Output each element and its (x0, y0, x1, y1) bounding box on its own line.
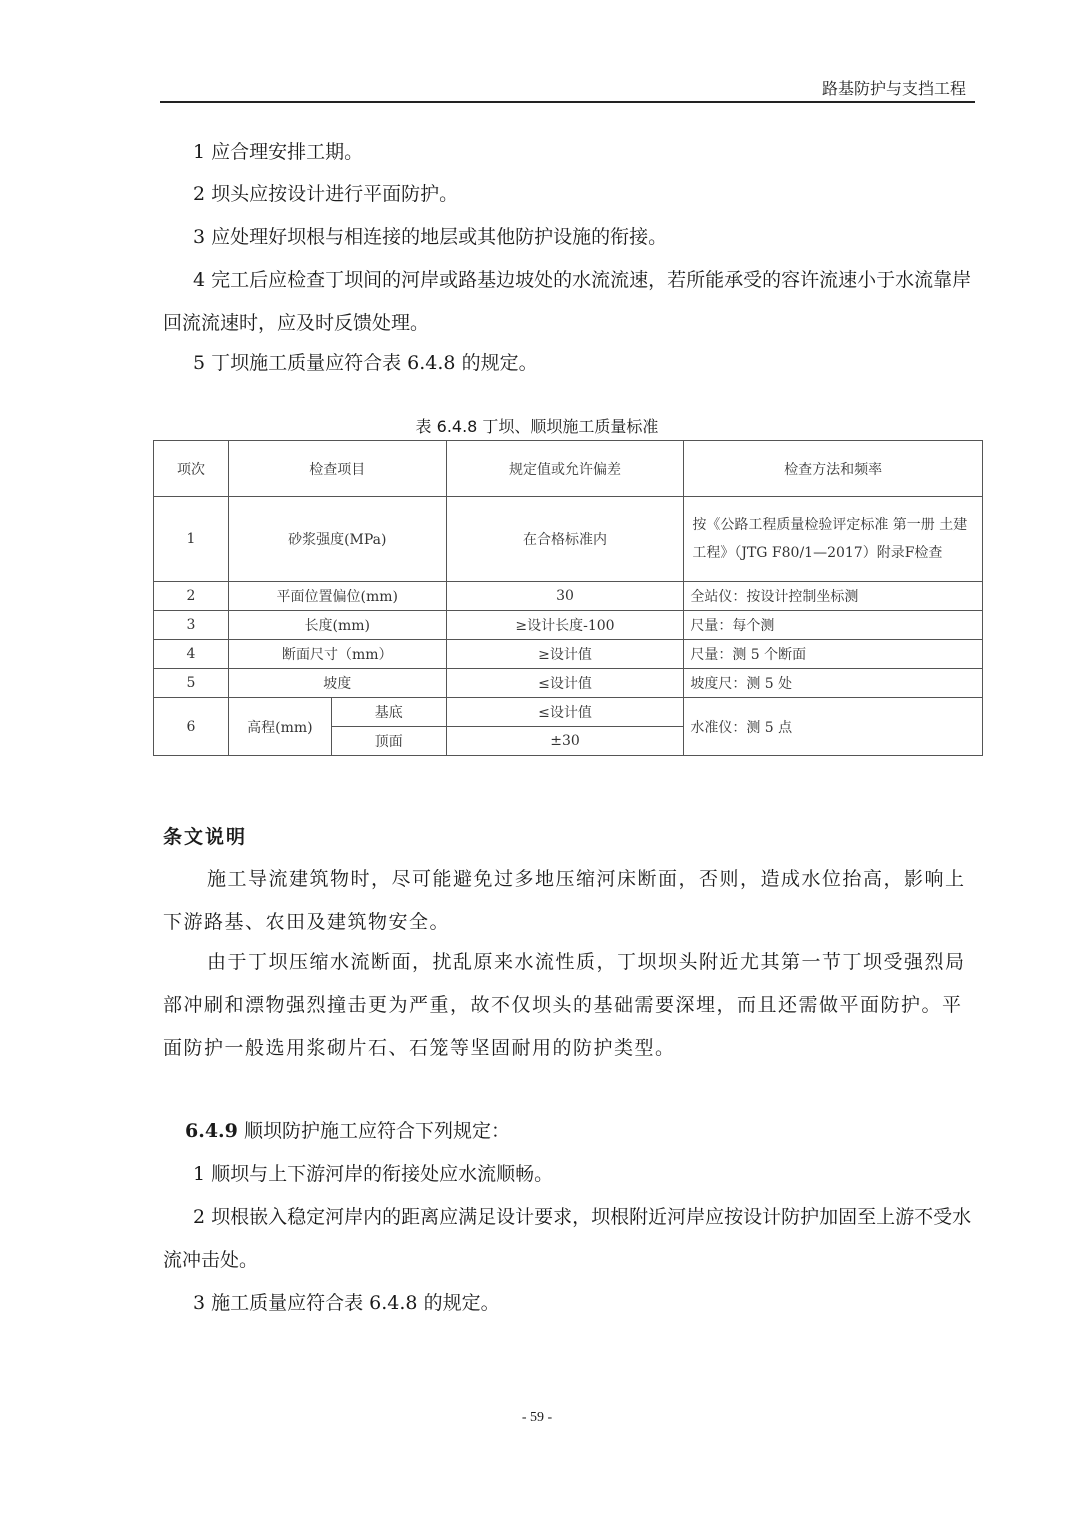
row-number: 5 (154, 669, 229, 698)
clause-text: 丁坝施工质量应符合表 6.4.8 的规定。 (211, 352, 537, 374)
clause-number: 1 (193, 1163, 205, 1185)
check-method: 尺量：每个测 (684, 611, 983, 640)
table-header-row: 项次 检查项目 规定值或允许偏差 检查方法和频率 (154, 441, 983, 497)
clause-number: 4 (193, 269, 205, 291)
allowed-value: 30 (446, 582, 684, 611)
table-row: 6 高程(mm) 基底 ≤设计值 水准仪：测 5 点 (154, 698, 983, 727)
check-method: 坡度尺：测 5 处 (684, 669, 983, 698)
check-method: 全站仪：按设计控制坐标测 (684, 582, 983, 611)
explanation-paragraph: 由于丁坝压缩水流断面，扰乱原来水流性质，丁坝坝头附近尤其第一节丁坝受强烈局部冲刷… (163, 941, 975, 1070)
allowed-value: 在合格标准内 (446, 497, 684, 582)
clause-number: 3 (193, 226, 205, 248)
clause-number: 2 (193, 1206, 205, 1228)
allowed-value: ≥设计长度-100 (446, 611, 684, 640)
row-number: 6 (154, 698, 229, 756)
clause-1: 1 顺坝与上下游河岸的衔接处应水流顺畅。 (163, 1153, 975, 1196)
clause-4: 4 完工后应检查丁坝间的河岸或路基边坡处的水流流速，若所能承受的容许流速小于水流… (163, 259, 975, 345)
table-row: 1 砂浆强度(MPa) 在合格标准内 按《公路工程质量检验评定标准 第一册 土建… (154, 497, 983, 582)
check-item: 长度(mm) (228, 611, 446, 640)
allowed-value: ≥设计值 (446, 640, 684, 669)
clause-number: 1 (193, 141, 205, 163)
row-number: 4 (154, 640, 229, 669)
clause-text: 完工后应检查丁坝间的河岸或路基边坡处的水流流速，若所能承受的容许流速小于水流靠岸… (163, 269, 971, 334)
table-caption: 表 6.4.8 丁坝、顺坝施工质量标准 (0, 414, 1074, 437)
running-header: 路基防护与支挡工程 (822, 76, 966, 99)
clause-text: 坝根嵌入稳定河岸内的距离应满足设计要求，坝根附近河岸应按设计防护加固至上游不受水… (163, 1206, 971, 1271)
table-row: 4 断面尺寸（mm） ≥设计值 尺量：测 5 个断面 (154, 640, 983, 669)
clause-number: 5 (193, 352, 205, 374)
header-cell: 项次 (154, 441, 229, 497)
clause-text: 顺坝与上下游河岸的衔接处应水流顺畅。 (211, 1163, 553, 1185)
clause-2: 2 坝根嵌入稳定河岸内的距离应满足设计要求，坝根附近河岸应按设计防护加固至上游不… (163, 1196, 975, 1282)
header-cell: 规定值或允许偏差 (446, 441, 684, 497)
clause-number: 2 (193, 183, 205, 205)
header-cell: 检查方法和频率 (684, 441, 983, 497)
table-row: 2 平面位置偏位(mm) 30 全站仪：按设计控制坐标测 (154, 582, 983, 611)
header-cell: 检查项目 (228, 441, 446, 497)
sub-item: 顶面 (331, 727, 446, 756)
table-row: 3 长度(mm) ≥设计长度-100 尺量：每个测 (154, 611, 983, 640)
check-method: 水准仪：测 5 点 (684, 698, 983, 756)
sub-item: 基底 (331, 698, 446, 727)
row-number: 2 (154, 582, 229, 611)
clause-5: 5 丁坝施工质量应符合表 6.4.8 的规定。 (163, 342, 975, 385)
explanation-paragraph: 施工导流建筑物时，尽可能避免过多地压缩河床断面，否则，造成水位抬高，影响上下游路… (163, 858, 975, 944)
check-item: 砂浆强度(MPa) (228, 497, 446, 582)
section-heading: 6.4.9 顺坝防护施工应符合下列规定： (163, 1110, 975, 1153)
section-title: 顺坝防护施工应符合下列规定： (244, 1120, 510, 1142)
check-item: 平面位置偏位(mm) (228, 582, 446, 611)
table-row: 5 坡度 ≤设计值 坡度尺：测 5 处 (154, 669, 983, 698)
check-item: 坡度 (228, 669, 446, 698)
page-number: - 59 - (0, 1410, 1074, 1426)
allowed-value: ±30 (446, 727, 684, 756)
clause-3: 3 施工质量应符合表 6.4.8 的规定。 (163, 1282, 975, 1325)
clause-text: 应处理好坝根与相连接的地层或其他防护设施的衔接。 (211, 226, 667, 248)
clause-1: 1 应合理安排工期。 (163, 131, 975, 174)
clause-text: 应合理安排工期。 (211, 141, 363, 163)
clause-2: 2 坝头应按设计进行平面防护。 (163, 173, 975, 216)
clause-text: 施工质量应符合表 6.4.8 的规定。 (211, 1292, 499, 1314)
clause-text: 坝头应按设计进行平面防护。 (211, 183, 458, 205)
check-method: 尺量：测 5 个断面 (684, 640, 983, 669)
explanation-title: 条文说明 (163, 822, 247, 849)
clause-3: 3 应处理好坝根与相连接的地层或其他防护设施的衔接。 (163, 216, 975, 259)
check-method: 按《公路工程质量检验评定标准 第一册 土建工程》（JTG F80/1—2017）… (684, 497, 983, 582)
check-item: 断面尺寸（mm） (228, 640, 446, 669)
section-number: 6.4.9 (185, 1120, 238, 1142)
check-item: 高程(mm) (228, 698, 331, 756)
clause-number: 3 (193, 1292, 205, 1314)
row-number: 1 (154, 497, 229, 582)
allowed-value: ≤设计值 (446, 669, 684, 698)
row-number: 3 (154, 611, 229, 640)
quality-standard-table: 项次 检查项目 规定值或允许偏差 检查方法和频率 1 砂浆强度(MPa) 在合格… (153, 440, 983, 756)
header-rule (160, 101, 975, 103)
allowed-value: ≤设计值 (446, 698, 684, 727)
